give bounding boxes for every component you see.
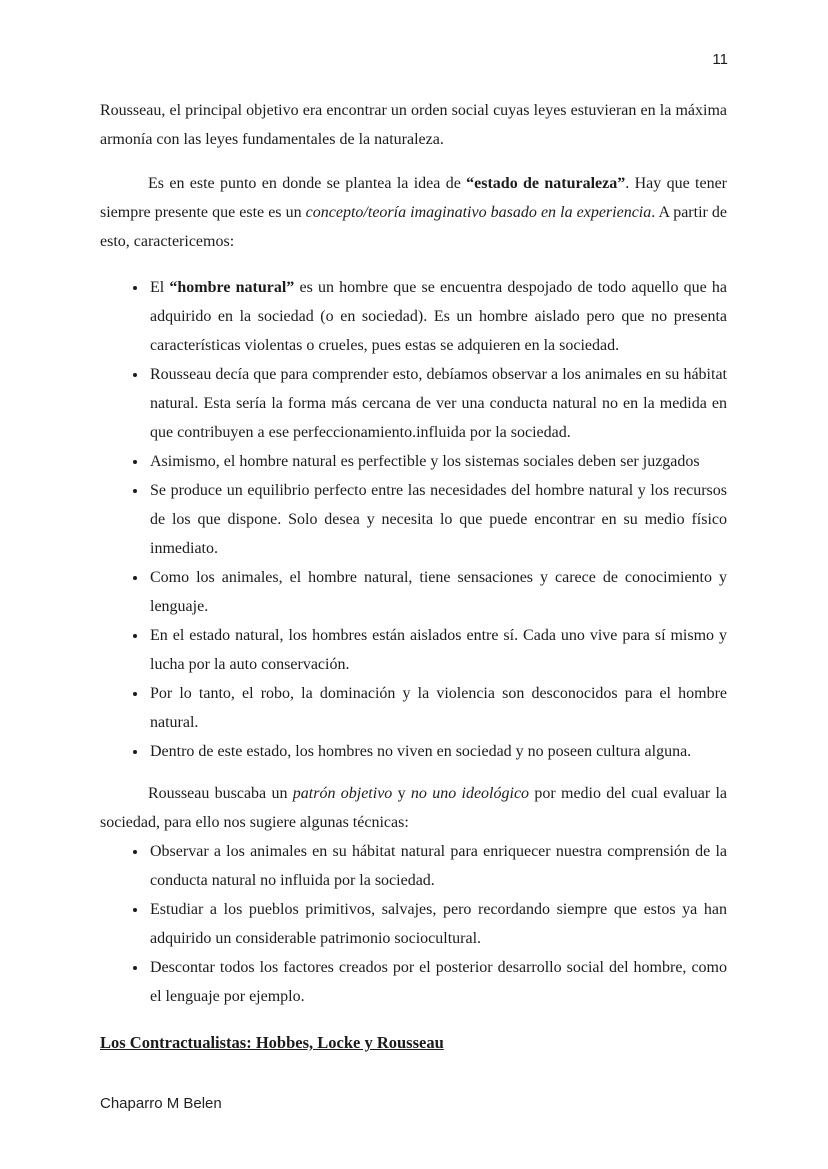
text-run: Rousseau buscaba un: [148, 785, 293, 802]
text-run: En el estado natural, los hombres están …: [150, 627, 727, 673]
list-item: En el estado natural, los hombres están …: [148, 621, 727, 679]
italic-text: no uno ideológico: [411, 785, 529, 802]
footer-author: Chaparro M Belen: [100, 1095, 222, 1112]
text-run: Por lo tanto, el robo, la dominación y l…: [150, 685, 727, 731]
list-item: Descontar todos los factores creados por…: [148, 953, 727, 1011]
document-content: Rousseau, el principal objetivo era enco…: [0, 0, 828, 1057]
list-item: El “hombre natural” es un hombre que se …: [148, 273, 727, 360]
list-item: Como los animales, el hombre natural, ti…: [148, 563, 727, 621]
list-item: Se produce un equilibrio perfecto entre …: [148, 476, 727, 563]
text-run: Estudiar a los pueblos primitivos, salva…: [150, 901, 727, 947]
text-run: Como los animales, el hombre natural, ti…: [150, 569, 727, 615]
document-page: 11 Rousseau, el principal objetivo era e…: [0, 0, 828, 1169]
text-run: Se produce un equilibrio perfecto entre …: [150, 482, 727, 557]
text-run: Dentro de este estado, los hombres no vi…: [150, 743, 691, 760]
page-number: 11: [712, 51, 728, 68]
text-run: Observar a los animales en su hábitat na…: [150, 843, 727, 889]
italic-text: concepto/teoría imaginativo basado en la…: [306, 204, 652, 221]
text-run: Asimismo, el hombre natural es perfectib…: [150, 453, 700, 470]
italic-text: patrón objetivo: [293, 785, 393, 802]
bold-text: “hombre natural”: [169, 279, 294, 296]
text-run: y: [392, 785, 411, 802]
text-run: Rousseau, el principal objetivo era enco…: [100, 102, 727, 148]
text-run: Descontar todos los factores creados por…: [150, 959, 727, 1005]
list-item: Estudiar a los pueblos primitivos, salva…: [148, 895, 727, 953]
section-heading-contractualistas: Los Contractualistas: Hobbes, Locke y Ro…: [100, 1028, 727, 1057]
list-item: Asimismo, el hombre natural es perfectib…: [148, 447, 727, 476]
list-item: Rousseau decía que para comprender esto,…: [148, 360, 727, 447]
paragraph-estado-de-naturaleza: Es en este punto en donde se plantea la …: [100, 169, 727, 256]
bold-text: “estado de naturaleza”: [466, 175, 625, 192]
text-run: Es en este punto en donde se plantea la …: [148, 175, 466, 192]
list-item: Por lo tanto, el robo, la dominación y l…: [148, 679, 727, 737]
text-run: Rousseau decía que para comprender esto,…: [150, 366, 727, 441]
paragraph-patron-objetivo: Rousseau buscaba un patrón objetivo y no…: [100, 779, 727, 837]
list-item: Dentro de este estado, los hombres no vi…: [148, 737, 727, 766]
list-item: Observar a los animales en su hábitat na…: [148, 837, 727, 895]
text-run: El: [150, 279, 169, 296]
list-natural-man-characteristics: El “hombre natural” es un hombre que se …: [100, 273, 727, 766]
paragraph-rousseau-objective: Rousseau, el principal objetivo era enco…: [100, 96, 727, 154]
list-evaluation-techniques: Observar a los animales en su hábitat na…: [100, 837, 727, 1011]
